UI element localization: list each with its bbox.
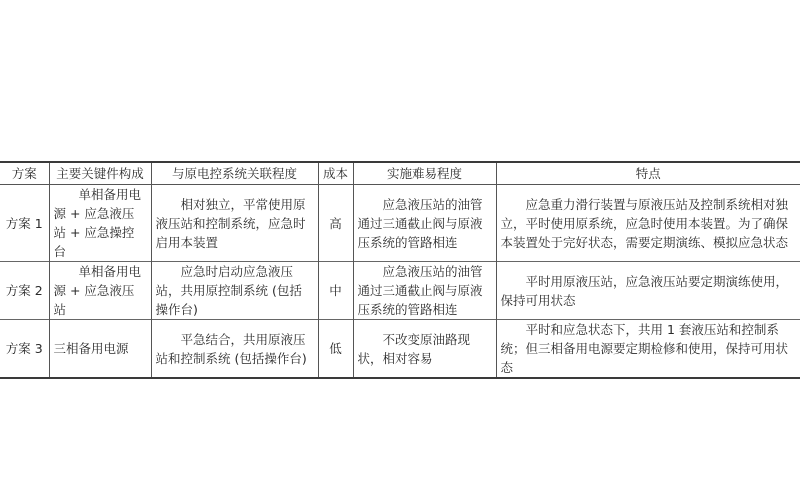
cell-components: 三相备用电源 xyxy=(49,320,151,379)
cell-scheme: 方案 3 xyxy=(0,320,49,379)
cell-features: 平时用原液压站，应急液压站要定期演练使用，保持可用状态 xyxy=(496,262,800,320)
table-header-row: 方案 主要关键件构成 与原电控系统关联程度 成本 实施难易程度 特点 xyxy=(0,162,800,185)
cell-difficulty: 应急液压站的油管通过三通截止阀与原液压系统的管路相连 xyxy=(353,262,496,320)
cell-relation: 应急时启动应急液压站，共用原控制系统 (包括操作台) xyxy=(151,262,318,320)
cell-cost: 中 xyxy=(318,262,353,320)
table-row: 方案 3 三相备用电源 平急结合，共用原液压站和控制系统 (包括操作台) 低 不… xyxy=(0,320,800,379)
table-row: 方案 1 单相备用电源 + 应急液压站 + 应急操控台 相对独立，平常使用原液压… xyxy=(0,185,800,262)
comparison-table-container: 方案 主要关键件构成 与原电控系统关联程度 成本 实施难易程度 特点 方案 1 … xyxy=(0,161,800,379)
header-scheme: 方案 xyxy=(0,162,49,185)
scheme-comparison-table: 方案 主要关键件构成 与原电控系统关联程度 成本 实施难易程度 特点 方案 1 … xyxy=(0,161,800,379)
cell-scheme: 方案 2 xyxy=(0,262,49,320)
cell-relation: 平急结合，共用原液压站和控制系统 (包括操作台) xyxy=(151,320,318,379)
cell-difficulty: 应急液压站的油管通过三通截止阀与原液压系统的管路相连 xyxy=(353,185,496,262)
cell-cost: 低 xyxy=(318,320,353,379)
table-row: 方案 2 单相备用电源 + 应急液压站 应急时启动应急液压站，共用原控制系统 (… xyxy=(0,262,800,320)
cell-components: 单相备用电源 + 应急液压站 xyxy=(49,262,151,320)
cell-scheme: 方案 1 xyxy=(0,185,49,262)
cell-cost: 高 xyxy=(318,185,353,262)
header-features: 特点 xyxy=(496,162,800,185)
cell-difficulty: 不改变原油路现状，相对容易 xyxy=(353,320,496,379)
cell-components: 单相备用电源 + 应急液压站 + 应急操控台 xyxy=(49,185,151,262)
cell-relation: 相对独立，平常使用原液压站和控制系统，应急时启用本装置 xyxy=(151,185,318,262)
header-components: 主要关键件构成 xyxy=(49,162,151,185)
header-cost: 成本 xyxy=(318,162,353,185)
cell-features: 平时和应急状态下，共用 1 套液压站和控制系统；但三相备用电源要定期检修和使用，… xyxy=(496,320,800,379)
cell-features: 应急重力滑行装置与原液压站及控制系统相对独立，平时使用原系统，应急时使用本装置。… xyxy=(496,185,800,262)
header-difficulty: 实施难易程度 xyxy=(353,162,496,185)
header-relation: 与原电控系统关联程度 xyxy=(151,162,318,185)
